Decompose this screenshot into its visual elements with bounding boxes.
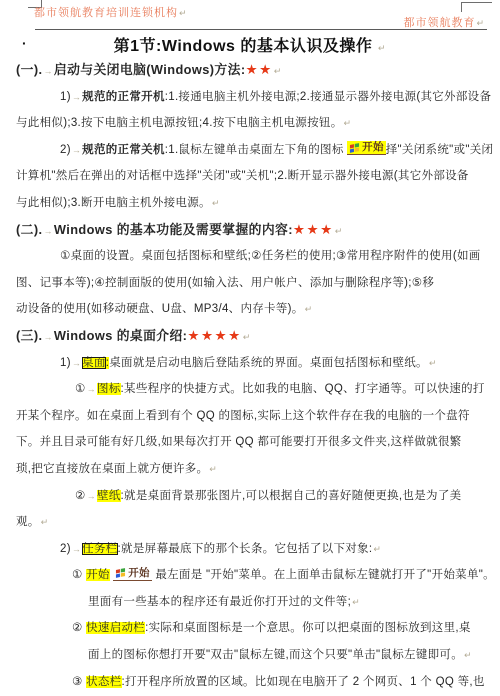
bold-text-run: (三). [16, 328, 42, 343]
paragraph-mark: ↵ [343, 118, 353, 128]
text-run: 1) [60, 91, 71, 103]
doc-line: (一).→启动与关闭电脑(Windows)方法:★★↵ [16, 57, 486, 84]
doc-line: 图、记事本等);④控制面版的使用(如输入法、用户帐户、添加与删除程序等);⑤移 [16, 270, 486, 297]
text-run: 计算机"然后在弹出的对话框中选择"关闭"或"关机";2.断开显示器外接电源(其它… [16, 170, 469, 182]
boxed-highlighted-text: 桌面 [82, 357, 106, 369]
doc-line: 1)→规范的正常开机:1.接通电脑主机外接电源;2.接通显示器外接电源(其它外部… [16, 84, 486, 111]
page-title: 第1节:Windows 的基本认识及操作 [114, 38, 373, 55]
doc-line: 开某个程序。如在桌面上看到有个 QQ 的图标,实际上这个软件存在我的电脑的一个盘… [16, 403, 486, 430]
text-run: ①桌面的设置。桌面包括图标和壁纸;②任务栏的使用;③常用程序附件的使用(如画 [60, 250, 481, 262]
text-run: 1) [60, 357, 71, 369]
paragraph-mark: ↵ [351, 597, 361, 607]
text-run: 桌面就是启动电脑后登陆系统的界面。桌面包括图标和壁纸。 [109, 357, 428, 369]
header-left-label: 都市领航教育培训连锁机构 [34, 7, 178, 19]
paragraph-mark: ↵ [463, 650, 473, 660]
header-right-text: 都市领航教育↵ [403, 14, 486, 30]
document-body: (一).→启动与关闭电脑(Windows)方法:★★↵1)→规范的正常开机:1.… [16, 57, 486, 695]
highlighted-text: 状态栏 [86, 676, 121, 688]
text-run: :就是桌面背景那张图片,可以根据自己的喜好随便更换,也是为了美 [121, 490, 462, 502]
title-bullet: · [22, 35, 27, 51]
doc-line: ①桌面的设置。桌面包括图标和壁纸;②任务栏的使用;③常用程序附件的使用(如画 [16, 243, 486, 270]
highlighted-text: 图标 [97, 383, 121, 395]
doc-line: 2)→规范的正常关机:1.鼠标左键单击桌面左下角的图标 开始择"关闭系统"或"关… [16, 137, 486, 164]
doc-line: ③ 状态栏:打开程序所放置的区域。比如现在电脑开了 2 个网页、1 个 QQ 等… [16, 669, 486, 696]
tab-mark: → [42, 66, 53, 76]
highlighted-text: 快速启动栏 [86, 622, 145, 634]
text-run: ③ [72, 676, 86, 688]
start-button-label: 开始 [362, 141, 384, 154]
bold-text-run: 规范的正常关机 [82, 144, 165, 156]
tab-mark: → [86, 384, 97, 394]
text-run: 择"关闭系统"或"关闭 [386, 144, 494, 156]
highlighted-text: 壁纸 [97, 490, 121, 502]
windows-flag-icon [349, 143, 360, 153]
bold-text-run: (一). [16, 62, 42, 77]
text-run: :1.鼠标左键单击桌面左下角的图标 [165, 144, 347, 156]
text-run: 琐,把它直接放在桌面上就方便许多。 [16, 463, 208, 475]
bold-text-run: Windows 的基本功能及需要掌握的内容: [54, 222, 293, 237]
doc-line: 里面有一些基本的程序还有最近你打开过的文件等;↵ [16, 589, 486, 616]
text-boundary-corner-right-icon [461, 2, 492, 12]
start-button-label: 开始 [128, 567, 150, 580]
text-run: ② [75, 490, 86, 502]
header-divider [35, 29, 487, 30]
text-run: 下。并且目录可能有好几级,如果每次打开 QQ 都可能要打开很多文件夹,这样做就很… [16, 436, 461, 448]
text-run: 图、记事本等);④控制面版的使用(如输入法、用户帐户、添加与删除程序等);⑤移 [16, 277, 434, 289]
paragraph-mark: ↵ [428, 358, 438, 368]
text-run: 与此相似);3.按下电脑主机电源按钮;4.按下电脑主机电源按钮。 [16, 117, 343, 129]
doc-line: ① 开始 开始 最左面是 "开始"菜单。在上面单击鼠标左键就打开了"开始菜单"。 [16, 562, 486, 589]
bold-text-run: Windows 的桌面介绍: [54, 328, 187, 343]
text-run: 里面有一些基本的程序还有最近你打开过的文件等; [88, 596, 351, 608]
text-run: 观。 [16, 516, 40, 528]
doc-line: 1)→桌面:桌面就是启动电脑后登陆系统的界面。桌面包括图标和壁纸。↵ [16, 350, 486, 377]
paragraph-mark: ↵ [372, 544, 382, 554]
bold-text-run: 启动与关闭电脑(Windows)方法: [54, 62, 246, 77]
document-page: 都市领航教育培训连锁机构↵ 都市领航教育↵ · 第1节:Windows 的基本认… [0, 0, 500, 696]
tab-mark: → [42, 332, 53, 342]
boxed-highlighted-text: 任务栏 [82, 543, 117, 555]
star-rating: ★★★★ [187, 328, 241, 343]
windows-start-button-image: 开始 [347, 141, 386, 155]
header-left-text: 都市领航教育培训连锁机构↵ [34, 4, 189, 20]
tab-mark: → [71, 544, 82, 554]
text-run: 动设备的使用(如移动硬盘、U盘、MP3/4、内存卡等)。 [16, 303, 304, 315]
paragraph-mark: ↵ [304, 304, 314, 314]
paragraph-mark: ↵ [40, 517, 50, 527]
doc-line: 琐,把它直接放在桌面上就方便许多。↵ [16, 456, 486, 483]
text-run: 开某个程序。如在桌面上看到有个 QQ 的图标,实际上这个软件存在我的电脑的一个盘… [16, 410, 470, 422]
star-rating: ★★★ [293, 222, 334, 237]
paragraph-mark: ↵ [377, 43, 387, 53]
bold-text-run: 规范的正常开机 [82, 91, 165, 103]
paragraph-mark: ↵ [178, 8, 189, 18]
tab-mark: → [71, 92, 82, 102]
doc-line: ② 快速启动栏:实际和桌面图标是一个意思。你可以把桌面的图标放到这里,桌 [16, 615, 486, 642]
doc-line: ①→图标:某些程序的快捷方式。比如我的电脑、QQ、打字通等。可以快速的打 [16, 376, 486, 403]
text-run: :实际和桌面图标是一个意思。你可以把桌面的图标放到这里,桌 [145, 622, 471, 634]
windows-flag-icon [115, 568, 126, 578]
text-run: 面上的图标你想打开要"双击"鼠标左键,而这个只要"单击"鼠标左键即可。 [88, 649, 463, 661]
text-run: 最左面是 "开始"菜单。在上面单击鼠标左键就打开了"开始菜单"。 [152, 569, 495, 581]
doc-line: 2)→任务栏:就是屏幕最底下的那个长条。它包括了以下对象:↵ [16, 536, 486, 563]
doc-line: 与此相似);3.按下电脑主机电源按钮;4.按下电脑主机电源按钮。↵ [16, 110, 486, 137]
doc-line: (三).→Windows 的桌面介绍:★★★★↵ [16, 323, 486, 350]
star-rating: ★★ [246, 62, 273, 77]
paragraph-mark: ↵ [211, 198, 221, 208]
doc-line: 观。↵ [16, 509, 486, 536]
paragraph-mark: ↵ [475, 18, 486, 28]
doc-line: 下。并且目录可能有好几级,如果每次打开 QQ 都可能要打开很多文件夹,这样做就很… [16, 429, 486, 456]
tab-mark: → [71, 358, 82, 368]
doc-line: 计算机"然后在弹出的对话框中选择"关闭"或"关机";2.断开显示器外接电源(其它… [16, 163, 486, 190]
paragraph-mark: ↵ [242, 332, 252, 342]
paragraph-mark: ↵ [208, 464, 218, 474]
text-run: ① [75, 383, 86, 395]
highlighted-text: 开始 [86, 569, 110, 581]
text-run: :就是屏幕最底下的那个长条。它包括了以下对象: [118, 543, 373, 555]
text-run: ① [72, 569, 86, 581]
doc-line: 与此相似);3.断开电脑主机外接电源。↵ [16, 190, 486, 217]
doc-line: 动设备的使用(如移动硬盘、U盘、MP3/4、内存卡等)。↵ [16, 296, 486, 323]
text-run: :某些程序的快捷方式。比如我的电脑、QQ、打字通等。可以快速的打 [121, 383, 485, 395]
tab-mark: → [42, 226, 53, 236]
tab-mark: → [71, 145, 82, 155]
paragraph-mark: ↵ [334, 226, 344, 236]
text-run: :打开程序所放置的区域。比如现在电脑开了 2 个网页、1 个 QQ 等,也 [122, 676, 485, 688]
title-row: · 第1节:Windows 的基本认识及操作 ↵ [0, 33, 500, 57]
text-run: ② [72, 622, 86, 634]
text-run: 2) [60, 543, 71, 555]
doc-line: (二).→Windows 的基本功能及需要掌握的内容:★★★↵ [16, 217, 486, 244]
bold-text-run: (二). [16, 222, 42, 237]
windows-start-button-image: 开始 [113, 567, 152, 581]
doc-line: 面上的图标你想打开要"双击"鼠标左键,而这个只要"单击"鼠标左键即可。↵ [16, 642, 486, 669]
tab-mark: → [86, 491, 97, 501]
text-run: 2) [60, 144, 71, 156]
doc-line: ②→壁纸:就是桌面背景那张图片,可以根据自己的喜好随便更换,也是为了美 [16, 483, 486, 510]
text-run: :1.接通电脑主机外接电源;2.接通显示器外接电源(其它外部设备 [165, 91, 492, 103]
header-right-label: 都市领航教育 [403, 17, 475, 29]
paragraph-mark: ↵ [273, 66, 283, 76]
text-run: 与此相似);3.断开电脑主机外接电源。 [16, 197, 211, 209]
